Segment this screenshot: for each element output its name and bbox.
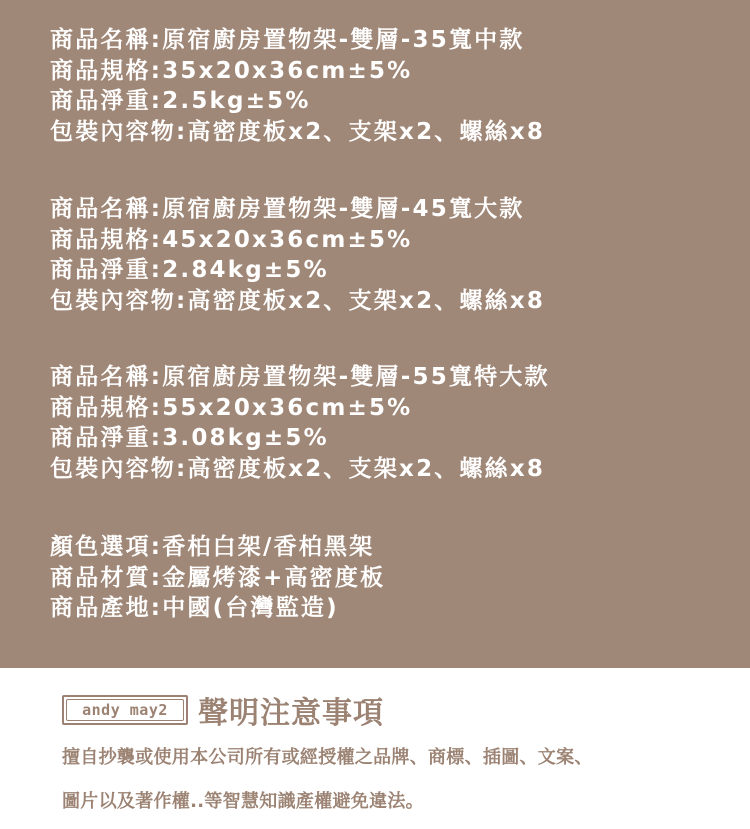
product-name: 商品名稱:原宿廚房置物架-雙層-35寬中款 — [50, 25, 545, 56]
product-name: 商品名稱:原宿廚房置物架-雙層-45寬大款 — [50, 194, 545, 225]
product-origin: 商品產地:中國(台灣監造) — [50, 593, 385, 624]
general-spec-group: 顏色選項:香柏白架/香柏黑架 商品材質:金屬烤漆+高密度板 商品產地:中國(台灣… — [50, 532, 385, 624]
notice-body: 擅自抄襲或使用本公司所有或經授權之品牌、商標、插圖、文案、 圖片以及著作權..等… — [62, 736, 593, 824]
notice-panel: ANDY MAY2 聲明注意事項 擅自抄襲或使用本公司所有或經授權之品牌、商標、… — [0, 668, 750, 829]
brand-logo: ANDY MAY2 — [62, 695, 188, 725]
product-name: 商品名稱:原宿廚房置物架-雙層-55寬特大款 — [50, 362, 550, 393]
brand-logo-text: ANDY MAY2 — [82, 701, 168, 719]
product-dimensions: 商品規格:55x20x36cm±5% — [50, 393, 550, 424]
package-contents: 包裝內容物:高密度板x2、支架x2、螺絲x8 — [50, 117, 545, 148]
product-dimensions: 商品規格:45x20x36cm±5% — [50, 225, 545, 256]
product-weight: 商品淨重:3.08kg±5% — [50, 423, 550, 454]
package-contents: 包裝內容物:高密度板x2、支架x2、螺絲x8 — [50, 454, 550, 485]
notice-title: 聲明注意事項 — [198, 688, 384, 732]
product-spec-panel: 商品名稱:原宿廚房置物架-雙層-35寬中款 商品規格:35x20x36cm±5%… — [0, 0, 750, 668]
notice-line: 圖片以及著作權..等智慧知識產權避免違法。 — [62, 780, 593, 824]
product-weight: 商品淨重:2.84kg±5% — [50, 255, 545, 286]
product-material: 商品材質:金屬烤漆+高密度板 — [50, 563, 385, 594]
notice-line: 擅自抄襲或使用本公司所有或經授權之品牌、商標、插圖、文案、 — [62, 736, 593, 780]
product-spec-group-55: 商品名稱:原宿廚房置物架-雙層-55寬特大款 商品規格:55x20x36cm±5… — [50, 362, 550, 484]
notice-header: ANDY MAY2 聲明注意事項 — [62, 688, 384, 732]
package-contents: 包裝內容物:高密度板x2、支架x2、螺絲x8 — [50, 286, 545, 317]
product-weight: 商品淨重:2.5kg±5% — [50, 86, 545, 117]
product-spec-group-45: 商品名稱:原宿廚房置物架-雙層-45寬大款 商品規格:45x20x36cm±5%… — [50, 194, 545, 316]
color-options: 顏色選項:香柏白架/香柏黑架 — [50, 532, 385, 563]
product-spec-group-35: 商品名稱:原宿廚房置物架-雙層-35寬中款 商品規格:35x20x36cm±5%… — [50, 25, 545, 147]
product-dimensions: 商品規格:35x20x36cm±5% — [50, 56, 545, 87]
